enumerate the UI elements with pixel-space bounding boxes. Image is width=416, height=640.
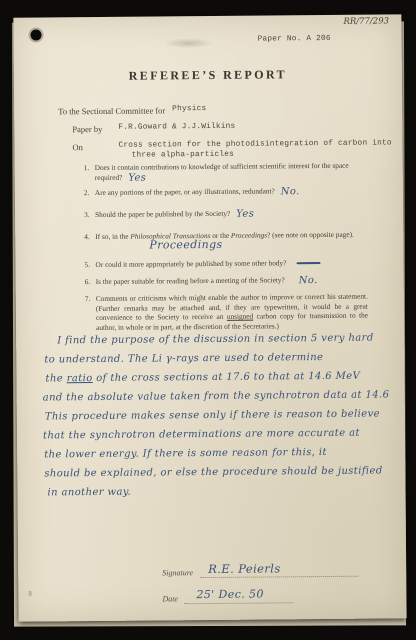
question-3-answer: Yes — [236, 209, 254, 220]
comment-line-1: I find the purpose of the discussion in … — [57, 333, 374, 347]
question-6-answer: No. — [299, 275, 318, 286]
question-3-text: Should the paper be published by the Soc… — [95, 209, 230, 219]
question-7-unsigned: unsigned — [227, 312, 253, 321]
question-5-number: 5. — [84, 260, 90, 270]
question-6: 6.Is the paper suitable for reading befo… — [96, 274, 396, 286]
question-2-text: Are any portions of the paper, or any il… — [95, 186, 275, 197]
comment-line-3-pre: the — [45, 373, 66, 384]
comment-line-7: the lower energy. If there is some reaso… — [44, 447, 327, 460]
question-6-number: 6. — [85, 277, 91, 287]
comment-line-5: This procedure makes sense only if there… — [45, 409, 380, 423]
paper-by-value: F.R.Goward & J.J.Wilkins — [118, 123, 235, 132]
question-2-number: 2. — [84, 188, 90, 198]
photographed-document: RR/77/293 Paper No. A 206 REFEREE’S REPO… — [0, 0, 416, 640]
report-title: REFEREE’S REPORT — [14, 66, 402, 84]
question-4-text-pre: If so, in the — [95, 232, 130, 241]
signature-label: Signature — [162, 568, 193, 577]
question-5-text: Or could it more appropriately be publis… — [95, 258, 286, 269]
question-1: 1.Does it contain contributions to knowl… — [95, 161, 373, 183]
page-mark: 8 — [28, 590, 32, 598]
referee-report-sheet: RR/77/293 Paper No. A 206 REFEREE’S REPO… — [13, 14, 406, 621]
subject-value-line2: three alpha-particles — [132, 151, 235, 160]
date-label: Date — [162, 594, 178, 603]
pencil-smudge — [164, 38, 214, 48]
question-2-answer: No. — [281, 186, 300, 197]
signature-value: R.E. Peierls — [208, 561, 281, 576]
question-4: 4.If so, in the Philosophical Transactio… — [95, 230, 373, 242]
question-4-proceedings: Proceedings — [231, 230, 267, 239]
comment-line-4: and the absolute value taken from the sy… — [43, 389, 390, 403]
question-3: 3.Should the paper be published by the S… — [95, 207, 385, 219]
subject-value-line1: Cross section for the photodisintegratio… — [118, 139, 391, 149]
question-1-number: 1. — [84, 163, 90, 173]
question-5-answer-dash — [296, 262, 320, 264]
question-6-text: Is the paper suitable for reading before… — [96, 275, 285, 286]
question-4-text-post: ? (see note on opposite page). — [267, 230, 354, 240]
archive-ref-number: RR/77/293 — [343, 16, 389, 26]
comment-line-9: in another way. — [47, 487, 131, 499]
committee-label: To the Sectional Committee for — [58, 105, 165, 116]
date-value: 25' Dec. 50 — [196, 588, 264, 602]
question-1-answer: Yes — [128, 172, 146, 183]
comment-line-2: to understand. The Li γ-rays are used to… — [44, 352, 323, 365]
date-line — [184, 602, 292, 604]
comment-line-3-underlined: ratio — [67, 373, 93, 384]
comment-line-6: that the synchrotron determinations are … — [43, 428, 360, 442]
question-5: 5.Or could it more appropriately be publ… — [95, 257, 395, 269]
question-7-number: 7. — [85, 294, 91, 304]
question-4-number: 4. — [84, 232, 90, 242]
hole-punch — [30, 29, 41, 40]
comment-line-3-post: of the cross sections at 17.6 to that at… — [93, 371, 361, 384]
subject-label: On — [72, 142, 82, 152]
committee-value: Physics — [172, 105, 206, 113]
question-7: 7.Comments or criticisms which might ena… — [96, 292, 368, 333]
question-3-number: 3. — [84, 210, 90, 220]
signature-line — [200, 576, 358, 578]
paper-number: Paper No. A 206 — [258, 35, 331, 44]
paper-by-label: Paper by — [72, 124, 102, 134]
question-4-answer: Proceedings — [149, 240, 222, 250]
comment-line-3: the ratio of the cross sections at 17.6 … — [45, 371, 360, 385]
comment-line-8: should be explained, or else the procedu… — [44, 465, 382, 479]
question-2: 2.Are any portions of the paper, or any … — [95, 185, 385, 197]
